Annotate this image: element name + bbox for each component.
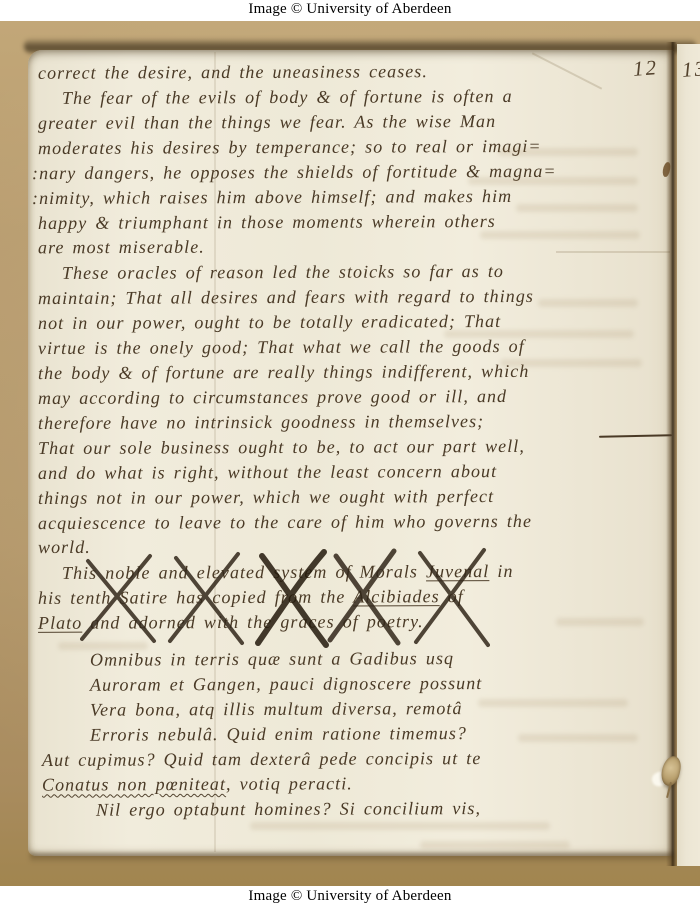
manuscript-line: things not in our power, which we ought … <box>38 484 494 511</box>
manuscript-line: the body & of fortune are really things … <box>38 359 529 386</box>
manuscript-line: greater evil than the things we fear. As… <box>38 109 496 136</box>
manuscript-line: Conatus non pœniteat, votiq peracti. <box>38 771 353 797</box>
manuscript-line: correct the desire, and the uneasiness c… <box>38 59 428 86</box>
adjacent-page-edge: 13 <box>677 44 700 866</box>
underlined-word: Juvenal <box>426 561 489 581</box>
copyright-caption-top: Image © University of Aberdeen <box>0 1 700 18</box>
underlined-word: Plato <box>38 613 82 633</box>
manuscript-line: These oracles of reason led the stoicks … <box>38 259 504 286</box>
manuscript-line: are most miserable. <box>38 235 205 261</box>
manuscript-line: That our sole business ought to be, to a… <box>38 434 525 461</box>
manuscript-line: :nary dangers, he opposes the shields of… <box>32 159 557 186</box>
underlined-word: Alcibiades <box>353 586 440 606</box>
manuscript-line: moderates his desires by temperance; so … <box>38 134 542 161</box>
manuscript-line: Auroram et Gangen, pauci dignoscere poss… <box>38 671 482 698</box>
manuscript-line: happy & triumphant in those moments wher… <box>38 209 496 236</box>
manuscript-line: may according to circumstances prove goo… <box>38 384 507 411</box>
manuscript-line: The fear of the evils of body & of fortu… <box>38 84 513 111</box>
manuscript-line: virtue is the onely good; That what we c… <box>38 334 525 361</box>
manuscript-line: his tenth Satire has copied from the Alc… <box>38 584 464 611</box>
manuscript-line: acquiescence to leave to the care of him… <box>38 509 532 536</box>
page-bottom-shadow <box>30 853 674 863</box>
manuscript-line: world. <box>38 535 91 560</box>
manuscript-line: Vera bona, atq illis multum diversa, rem… <box>38 696 463 723</box>
manuscript-line: Nil ergo optabunt homines? Si concilium … <box>38 796 481 823</box>
manuscript-line: :nimity, which raises him above himself;… <box>32 184 512 211</box>
underlined-word: Conatus non pœniteat <box>42 774 226 795</box>
adjacent-page-number: 13 <box>681 56 700 83</box>
manuscript-line: and do what is right, without the least … <box>38 459 497 486</box>
manuscript-line: therefore have no intrinsick goodness in… <box>38 409 484 436</box>
manuscript-line: Plato and adorned with the graces of poe… <box>38 609 424 636</box>
manuscript-line: maintain; That all desires and fears wit… <box>38 284 534 311</box>
manuscript-line: Aut cupimus? Quid tam dexterâ pede conci… <box>38 746 481 773</box>
manuscript-text: correct the desire, and the uneasiness c… <box>38 52 652 852</box>
manuscript-line: Erroris nebulâ. Quid enim ratione timemu… <box>38 721 467 748</box>
copyright-caption-bottom: Image © University of Aberdeen <box>0 888 700 905</box>
manuscript-line: Omnibus in terris quæ sunt a Gadibus usq <box>38 646 454 673</box>
manuscript-line: not in our power, ought to be totally er… <box>38 309 501 336</box>
manuscript-line: This noble and elevated system of Morals… <box>38 559 514 586</box>
